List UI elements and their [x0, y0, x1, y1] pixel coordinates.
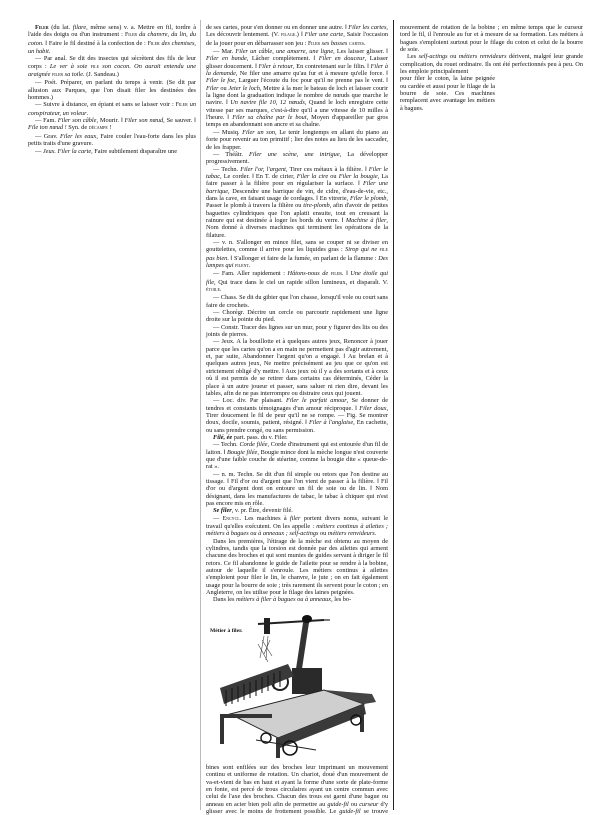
dictionary-paragraph: — Techn. Filer l'or, l'argent, Tirer ces…	[206, 166, 388, 239]
column-2-text-top: de ses cartes, pour s'en donner ou en do…	[206, 24, 388, 604]
column-rule-left	[200, 20, 201, 810]
dictionary-paragraph: — Théâtr. Filer une scène, une intrigue,…	[206, 151, 388, 166]
dictionary-paragraph: — Mar. Filer un câble, une amarre, une l…	[206, 48, 388, 129]
dictionary-paragraph: pour filer le coton, la laine peignée ou…	[400, 75, 495, 112]
dictionary-paragraph: — Chorégr. Décrire un cercle ou parcouri…	[206, 309, 388, 324]
dictionary-paragraph: bines sont enfilées sur des broches leur…	[206, 764, 388, 815]
column-3: mouvement de rotation de la bobine ; en …	[400, 24, 583, 112]
dictionary-paragraph: — Suivre à distance, en épiant et sans s…	[28, 101, 196, 117]
column-2-text-bottom: bines sont enfilées sur des broches leur…	[206, 764, 388, 815]
dictionary-paragraph: — Jeux. Filer la carte, Faire subtilemen…	[28, 148, 196, 155]
dictionary-paragraph: Dans les métiers à filer à bagues ou à a…	[206, 596, 388, 603]
column-1: Filer (du lat. filare, même sens) v. a. …	[28, 24, 196, 155]
dictionary-paragraph: — Par anal. Se dit des insectes qui sécr…	[28, 55, 196, 79]
dictionary-paragraph: — v. n. S'allonger en mince filet, sans …	[206, 239, 388, 270]
dictionary-paragraph: — Fam. Filer son câble, Mourir. ‖ Filer …	[28, 117, 196, 133]
column-rule-right	[393, 20, 394, 810]
dictionary-paragraph: Se filer, v. pr. Être, devenir filé.	[206, 507, 388, 514]
dictionary-paragraph: — n. m. Techn. Se dit d'un fil simple ou…	[206, 471, 388, 508]
spinning-machine-engraving-icon	[206, 610, 388, 760]
dictionary-paragraph: — Grav. Filer les eaux, Faire couler l'e…	[28, 133, 196, 148]
dictionary-paragraph: Les self-actings ou métiers renvideurs d…	[400, 53, 583, 75]
dictionary-paragraph: — Fam. Aller rapidement : Hâtons-nous de…	[206, 270, 388, 294]
dictionary-paragraph: — Chass. Se dit du gibier que l'on chass…	[206, 294, 388, 309]
column-2: de ses cartes, pour s'en donner ou en do…	[206, 24, 388, 815]
dictionary-paragraph: — Techn. Corde filée, Corde d'instrument…	[206, 441, 388, 470]
dictionary-paragraph: Filer (du lat. filare, même sens) v. a. …	[28, 24, 196, 55]
dictionary-paragraph: — Encycl. Les machines à filer portent d…	[206, 515, 388, 538]
dictionary-paragraph: Filé, ée part. pass. du v. Filer.	[206, 434, 388, 441]
dictionary-paragraph: — Poét. Préparer, en parlant du temps à …	[28, 79, 196, 101]
illustration-metier-a-filer: Métier à filer.	[206, 610, 388, 760]
dictionary-paragraph: — Loc. div. Par plaisant. Filer le parfa…	[206, 397, 388, 434]
dictionary-paragraph: — Jeux. A la bouillotte et à quelques au…	[206, 338, 388, 397]
dictionary-paragraph: Dans les premières, l'étirage de la mèch…	[206, 538, 388, 597]
dictionary-paragraph: de ses cartes, pour s'en donner ou en do…	[206, 24, 388, 48]
dictionary-paragraph: mouvement de rotation de la bobine ; en …	[400, 24, 583, 53]
dictionary-paragraph: — Musiq. Filer un son, Le tenir longtemp…	[206, 129, 388, 151]
dictionary-paragraph: — Constr. Tracer des lignes sur un mur, …	[206, 324, 388, 339]
